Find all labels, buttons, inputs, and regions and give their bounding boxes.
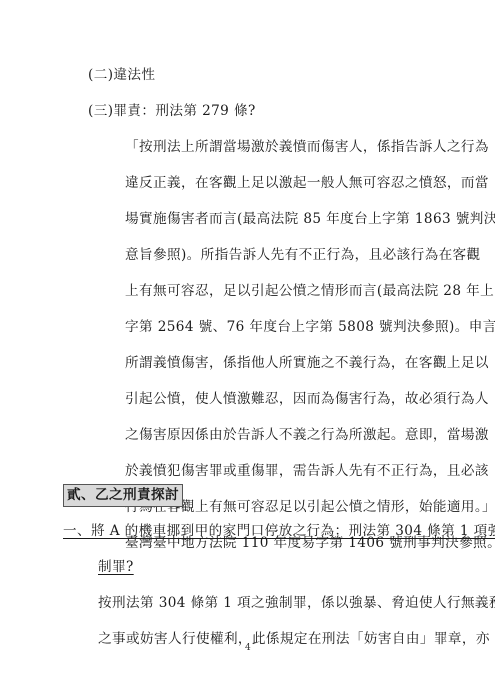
- part-heading: 貳、乙之刑責探討: [63, 484, 183, 507]
- quote-line: 意旨參照)。所指告訴人先有不正行為，且必該行為在客觀: [125, 246, 481, 264]
- quote-line: 引起公憤，使人憤激難忍，因而為傷害行為，故必須行為人: [125, 390, 489, 408]
- quote-line: 字第 2564 號、76 年度台上字第 5808 號判決參照)。申言之，: [125, 318, 495, 336]
- body-line: 之事或妨害人行使權利，此係規定在刑法「妨害自由」罪章，亦: [98, 630, 490, 648]
- item-1-heading-line-1: 一、將 A 的機車挪到甲的家門口停放之行為：刑法第 304 條第 1 項強: [63, 522, 495, 540]
- quote-line: 之傷害原因係由於告訴人不義之行為所激起。意即，當場激: [125, 426, 489, 444]
- quote-line: 場實施傷害者而言(最高法院 85 年度台上字第 1863 號判決: [125, 210, 495, 228]
- quote-line: 違反正義，在客觀上足以激起一般人無可容忍之憤怒，而當: [125, 174, 489, 192]
- item-1-heading-line-2: 制罪?: [98, 558, 134, 576]
- section-illegality-heading: (二)違法性: [88, 66, 155, 84]
- quote-line: 「按刑法上所謂當場激於義憤而傷害人，係指告訴人之行為: [125, 138, 489, 156]
- quote-line: 於義憤犯傷害罪或重傷罪，需告訴人先有不正行為，且必該: [125, 462, 489, 480]
- quote-line: 上有無可容忍，足以引起公憤之情形而言(最高法院 28 年上: [125, 282, 494, 300]
- page-number: 4: [245, 643, 251, 653]
- body-line: 按刑法第 304 條第 1 項之強制罪，係以強暴、脅迫使人行無義務: [98, 594, 495, 612]
- section-culpability-heading: (三)罪責：刑法第 279 條?: [88, 102, 256, 120]
- quote-line: 所謂義憤傷害，係指他人所實施之不義行為，在客觀上足以: [125, 354, 489, 372]
